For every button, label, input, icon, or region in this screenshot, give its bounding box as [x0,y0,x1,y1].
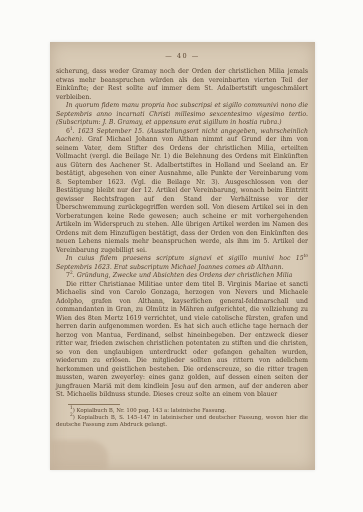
footnote-separator-rule [68,404,120,405]
scan-background: — 40 — sicherung, dass weder Gramay noch… [0,0,363,512]
continuation-paragraph: sicherung, dass weder Gramay noch der Or… [56,68,308,102]
latin-attestation-2-part2: Septembris 1623. Erat subscriptum Michae… [56,264,284,271]
entry-6: 61. 1623 September 15. (Ausstellungsort … [56,128,308,256]
latin-attestation-2-superscript: to [304,254,308,259]
footnote-2: 2) Kopialbuch B, S. 145–147 in lateinisc… [56,415,308,429]
page-number: — 40 — [50,52,315,60]
scan-smudge-artifact [50,440,108,470]
entry-6-body: Graf Michael Johann von Althan nimmt auf… [56,136,308,254]
entry-7-heading-line: 72. Gründung, Zwecke und Absichten des O… [56,272,308,281]
footnote-1-text: ) Kopialbuch B, Nr. 100 pag. 143 a: late… [73,408,227,414]
text-column: sicherung, dass weder Gramay noch der Or… [56,68,308,400]
footnote-block: 1) Kopialbuch B, Nr. 100 pag. 143 a: lat… [56,404,308,429]
footnote-2-text: ) Kopialbuch B, S. 145–147 in lateinisch… [56,415,308,428]
latin-attestation-2: In cuius fidem praesens scriptum signavi… [56,255,308,272]
entry-7-heading: Gründung, Zwecke und Absichten des Orden… [77,272,293,279]
footnote-1: 1) Kopialbuch B, Nr. 100 pag. 143 a: lat… [56,408,308,415]
latin-attestation-1: In quorum fidem manu propria hoc subscri… [56,102,308,128]
entry-7-body: Die ritter Christianae Militiae unter de… [56,281,308,400]
latin-attestation-2-part1: In cuius fidem praesens scriptum signavi… [66,255,304,262]
scanned-book-page: — 40 — sicherung, dass weder Gramay noch… [50,42,315,470]
